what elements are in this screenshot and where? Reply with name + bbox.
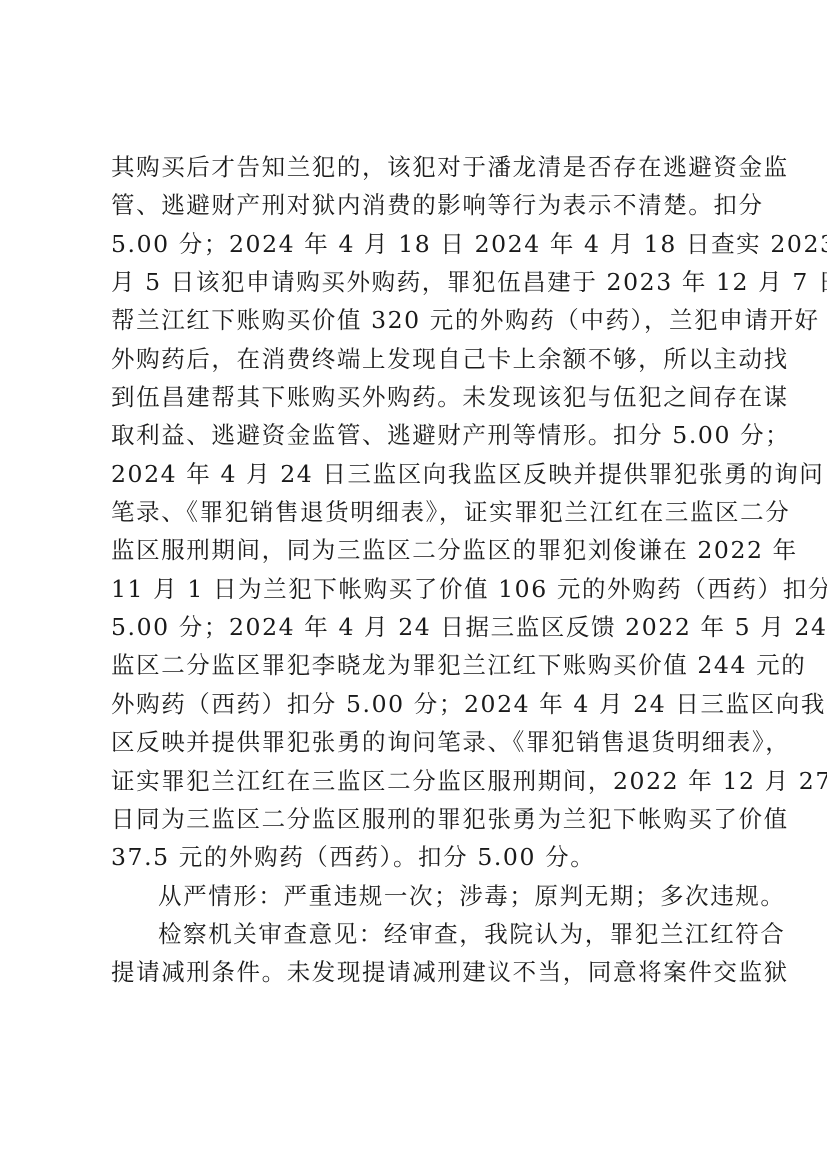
document-page: 其购买后才告知兰犯的，该犯对于潘龙清是否存在逃避资金监 管、逃避财产刑对狱内消费…	[111, 148, 724, 992]
text-line: 笔录、《罪犯销售退货明细表》，证实罪犯兰江红在三监区二分	[111, 493, 724, 531]
text-line: 外购药后，在消费终端上发现自己卡上余额不够，所以主动找	[111, 340, 724, 378]
paragraph-procuratorate-opinion: 检察机关审查意见：经审查，我院认为，罪犯兰江红符合 提请减刑条件。未发现提请减刑…	[111, 915, 724, 992]
text-line: 取利益、逃避资金监管、逃避财产刑等情形。扣分 5.00 分；	[111, 416, 724, 454]
text-line: 11 月 1 日为兰犯下帐购买了价值 106 元的外购药（西药）扣分	[111, 570, 724, 608]
text-line: 从严情形：严重违规一次；涉毒；原判无期；多次违规。	[111, 877, 724, 915]
text-line: 管、逃避财产刑对狱内消费的影响等行为表示不清楚。扣分	[111, 186, 724, 224]
text-line: 帮兰江红下账购买价值 320 元的外购药（中药），兰犯申请开好	[111, 301, 724, 339]
text-line: 日同为三监区二分监区服刑的罪犯张勇为兰犯下帐购买了价值	[111, 800, 724, 838]
text-line: 检察机关审查意见：经审查，我院认为，罪犯兰江红符合	[111, 915, 724, 953]
text-line: 证实罪犯兰江红在三监区二分监区服刑期间，2022 年 12 月 27	[111, 762, 724, 800]
text-line: 区反映并提供罪犯张勇的询问笔录、《罪犯销售退货明细表》，	[111, 723, 724, 761]
text-line: 2024 年 4 月 24 日三监区向我监区反映并提供罪犯张勇的询问	[111, 455, 724, 493]
paragraph-deduction-record: 其购买后才告知兰犯的，该犯对于潘龙清是否存在逃避资金监 管、逃避财产刑对狱内消费…	[111, 148, 724, 877]
text-line: 5.00 分；2024 年 4 月 18 日 2024 年 4 月 18 日查实…	[111, 225, 724, 263]
text-line: 月 5 日该犯申请购买外购药，罪犯伍昌建于 2023 年 12 月 7 日	[111, 263, 724, 301]
text-line: 37.5 元的外购药（西药）。扣分 5.00 分。	[111, 838, 724, 876]
text-line: 5.00 分；2024 年 4 月 24 日据三监区反馈 2022 年 5 月 …	[111, 608, 724, 646]
text-line: 监区二分监区罪犯李晓龙为罪犯兰江红下账购买价值 244 元的	[111, 646, 724, 684]
text-line: 到伍昌建帮其下账购买外购药。未发现该犯与伍犯之间存在谋	[111, 378, 724, 416]
text-line: 其购买后才告知兰犯的，该犯对于潘龙清是否存在逃避资金监	[111, 148, 724, 186]
text-line: 监区服刑期间，同为三监区二分监区的罪犯刘俊谦在 2022 年	[111, 531, 724, 569]
paragraph-aggravating-circumstances: 从严情形：严重违规一次；涉毒；原判无期；多次违规。	[111, 877, 724, 915]
text-line: 外购药（西药）扣分 5.00 分；2024 年 4 月 24 日三监区向我监	[111, 685, 724, 723]
text-line: 提请减刑条件。未发现提请减刑建议不当，同意将案件交监狱	[111, 953, 724, 991]
